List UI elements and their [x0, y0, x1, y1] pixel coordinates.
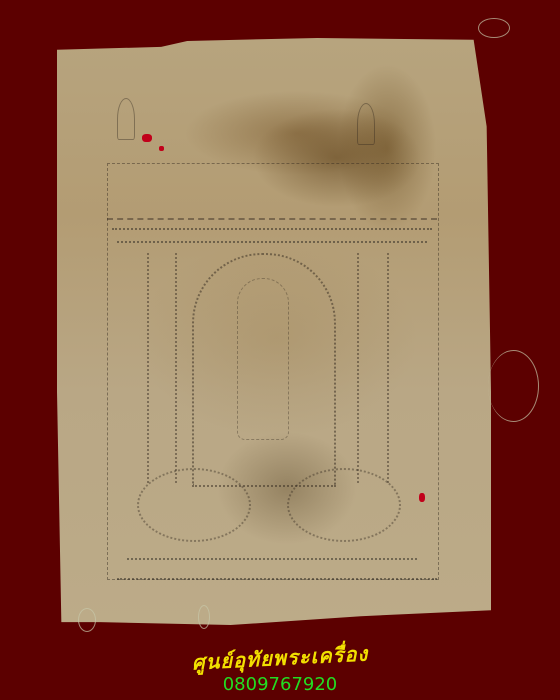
spire-left — [117, 98, 135, 140]
loose-thread — [478, 18, 510, 38]
lion-right — [287, 468, 401, 542]
red-spot — [159, 146, 164, 151]
watermark-phone: 0809767920 — [0, 674, 560, 695]
loose-thread — [78, 608, 96, 632]
red-spot — [419, 493, 425, 502]
yantra-cloth — [57, 38, 491, 628]
loose-thread — [488, 350, 539, 422]
script-line — [127, 558, 417, 560]
spire-right — [357, 103, 375, 145]
ornament-column-left — [147, 253, 169, 483]
loose-thread — [198, 605, 210, 629]
ornament-column-right-inner — [357, 253, 379, 483]
standing-figure — [237, 278, 289, 440]
script-line — [117, 578, 437, 580]
red-spot — [142, 134, 152, 142]
ornament-column-right — [387, 253, 409, 483]
photo — [0, 0, 560, 700]
lion-left — [137, 468, 251, 542]
